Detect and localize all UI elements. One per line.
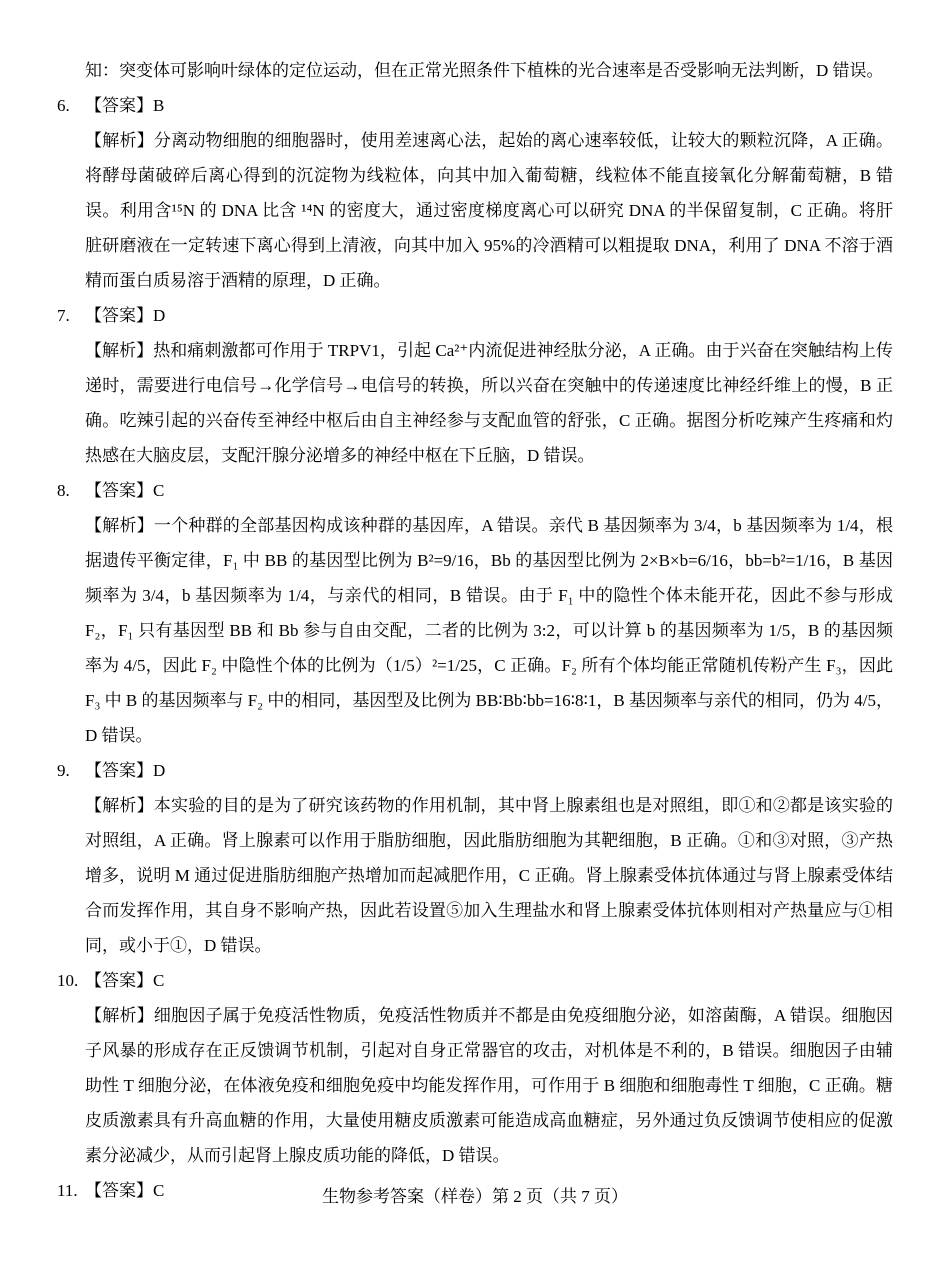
- answer-item-6: 6.【答案】B 【解析】分离动物细胞的细胞器时，使用差速离心法，起始的离心速率较…: [57, 88, 893, 298]
- answer-line: 7.【答案】D: [57, 298, 893, 333]
- item-number: 10.: [57, 963, 85, 998]
- answer-letter: C: [153, 481, 164, 500]
- answer-letter: D: [153, 306, 165, 325]
- explanation-paragraph: 【解析】一个种群的全部基因构成该种群的基因库，A 错误。亲代 B 基因频率为 3…: [85, 508, 893, 753]
- item-number: 6.: [57, 88, 85, 123]
- explanation-paragraph: 【解析】热和痛刺激都可作用于 TRPV1，引起 Ca²⁺内流促进神经肽分泌，A …: [85, 333, 893, 473]
- answer-label: 【答案】: [85, 761, 153, 780]
- continuation-paragraph: 知：突变体可影响叶绿体的定位运动，但在正常光照条件下植株的光合速率是否受影响无法…: [85, 53, 893, 88]
- page-footer: 生物参考答案（样卷）第 2 页（共 7 页）: [0, 1185, 950, 1209]
- analysis-label: 【解析】: [85, 796, 154, 815]
- analysis-label: 【解析】: [85, 1006, 154, 1025]
- explanation-text: 热和痛刺激都可作用于 TRPV1，引起 Ca²⁺内流促进神经肽分泌，A 正确。由…: [85, 341, 893, 465]
- item-number: 9.: [57, 753, 85, 788]
- answer-item-10: 10.【答案】C 【解析】细胞因子属于免疫活性物质，免疫活性物质并不都是由免疫细…: [57, 963, 893, 1173]
- answer-letter: C: [153, 971, 164, 990]
- item-number: 8.: [57, 473, 85, 508]
- answer-line: 10.【答案】C: [57, 963, 893, 998]
- explanation-paragraph: 【解析】分离动物细胞的细胞器时，使用差速离心法，起始的离心速率较低，让较大的颗粒…: [85, 123, 893, 298]
- explanation-text: 本实验的目的是为了研究该药物的作用机制，其中肾上腺素组也是对照组，即①和②都是该…: [85, 796, 893, 955]
- answer-key-page: 知：突变体可影响叶绿体的定位运动，但在正常光照条件下植株的光合速率是否受影响无法…: [0, 0, 950, 1267]
- answer-line: 9.【答案】D: [57, 753, 893, 788]
- answer-label: 【答案】: [85, 306, 153, 325]
- answer-label: 【答案】: [85, 971, 153, 990]
- analysis-label: 【解析】: [85, 131, 154, 150]
- analysis-label: 【解析】: [85, 341, 153, 360]
- explanation-text: 细胞因子属于免疫活性物质，免疫活性物质并不都是由免疫细胞分泌，如溶菌酶，A 错误…: [85, 1006, 893, 1165]
- answer-label: 【答案】: [85, 96, 153, 115]
- answer-line: 6.【答案】B: [57, 88, 893, 123]
- explanation-text: 分离动物细胞的细胞器时，使用差速离心法，起始的离心速率较低，让较大的颗粒沉降，A…: [85, 131, 893, 290]
- answer-item-8: 8.【答案】C 【解析】一个种群的全部基因构成该种群的基因库，A 错误。亲代 B…: [57, 473, 893, 753]
- analysis-label: 【解析】: [85, 516, 154, 535]
- item-number: 7.: [57, 298, 85, 333]
- explanation-paragraph: 【解析】本实验的目的是为了研究该药物的作用机制，其中肾上腺素组也是对照组，即①和…: [85, 788, 893, 963]
- answer-letter: B: [153, 96, 164, 115]
- answer-line: 8.【答案】C: [57, 473, 893, 508]
- answer-label: 【答案】: [85, 481, 153, 500]
- explanation-paragraph: 【解析】细胞因子属于免疫活性物质，免疫活性物质并不都是由免疫细胞分泌，如溶菌酶，…: [85, 998, 893, 1173]
- answer-item-9: 9.【答案】D 【解析】本实验的目的是为了研究该药物的作用机制，其中肾上腺素组也…: [57, 753, 893, 963]
- explanation-text: 一个种群的全部基因构成该种群的基因库，A 错误。亲代 B 基因频率为 3/4，b…: [85, 516, 893, 745]
- answer-letter: D: [153, 761, 165, 780]
- answer-item-7: 7.【答案】D 【解析】热和痛刺激都可作用于 TRPV1，引起 Ca²⁺内流促进…: [57, 298, 893, 473]
